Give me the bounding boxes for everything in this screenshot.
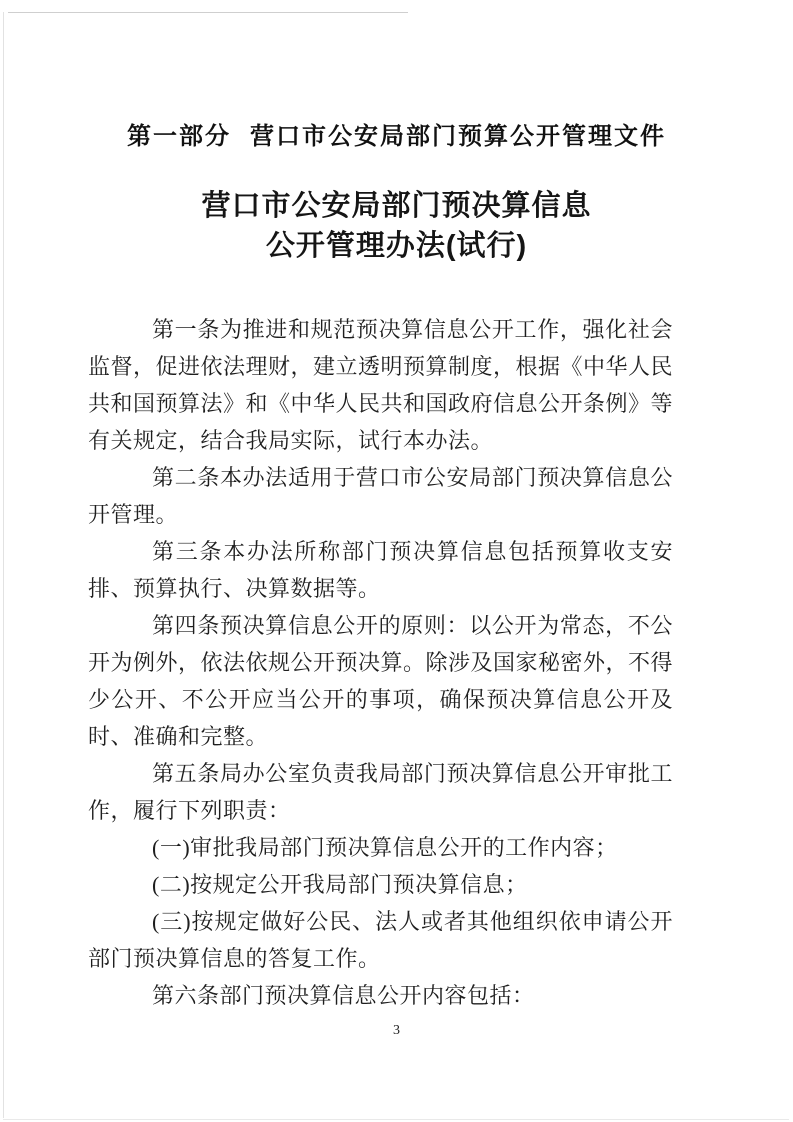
paragraph-article-3: 第三条本办法所称部门预决算信息包括预算收支安排、预算执行、决算数据等。 (88, 533, 673, 607)
part-heading-title: 营口市公安局部门预算公开管理文件 (250, 124, 666, 150)
paragraph-item-1: (一)审批我局部门预决算信息公开的工作内容； (88, 829, 673, 866)
paragraph-article-4: 第四条预决算信息公开的原则：以公开为常态，不公开为例外，依法依规公开预决算。除涉… (88, 607, 673, 755)
paragraph-item-3: (三)按规定做好公民、法人或者其他组织依申请公开部门预决算信息的答复工作。 (88, 903, 673, 977)
document-title-line1: 营口市公安局部门预决算信息 (0, 186, 793, 226)
scan-edge-bottom (3, 1119, 789, 1120)
paragraph-item-2: (二)按规定公开我局部门预决算信息； (88, 866, 673, 903)
document-body: 第一条为推进和规范预决算信息公开工作，强化社会监督，促进依法理财，建立透明预算制… (88, 311, 673, 1014)
document-page: 第一部分营口市公安局部门预算公开管理文件 营口市公安局部门预决算信息 公开管理办… (0, 0, 793, 1122)
document-title: 营口市公安局部门预决算信息 公开管理办法(试行) (0, 186, 793, 266)
scan-edge-left (3, 12, 4, 1118)
scan-edge-top (8, 12, 408, 13)
paragraph-article-5: 第五条局办公室负责我局部门预决算信息公开审批工作，履行下列职责： (88, 755, 673, 829)
part-heading: 第一部分营口市公安局部门预算公开管理文件 (0, 122, 793, 152)
part-heading-label: 第一部分 (127, 124, 231, 150)
paragraph-article-6: 第六条部门预决算信息公开内容包括： (88, 977, 673, 1014)
paragraph-article-2: 第二条本办法适用于营口市公安局部门预决算信息公开管理。 (88, 459, 673, 533)
paragraph-article-1: 第一条为推进和规范预决算信息公开工作，强化社会监督，促进依法理财，建立透明预算制… (88, 311, 673, 459)
document-title-line2: 公开管理办法(试行) (0, 226, 793, 266)
page-number: 3 (0, 1022, 793, 1040)
